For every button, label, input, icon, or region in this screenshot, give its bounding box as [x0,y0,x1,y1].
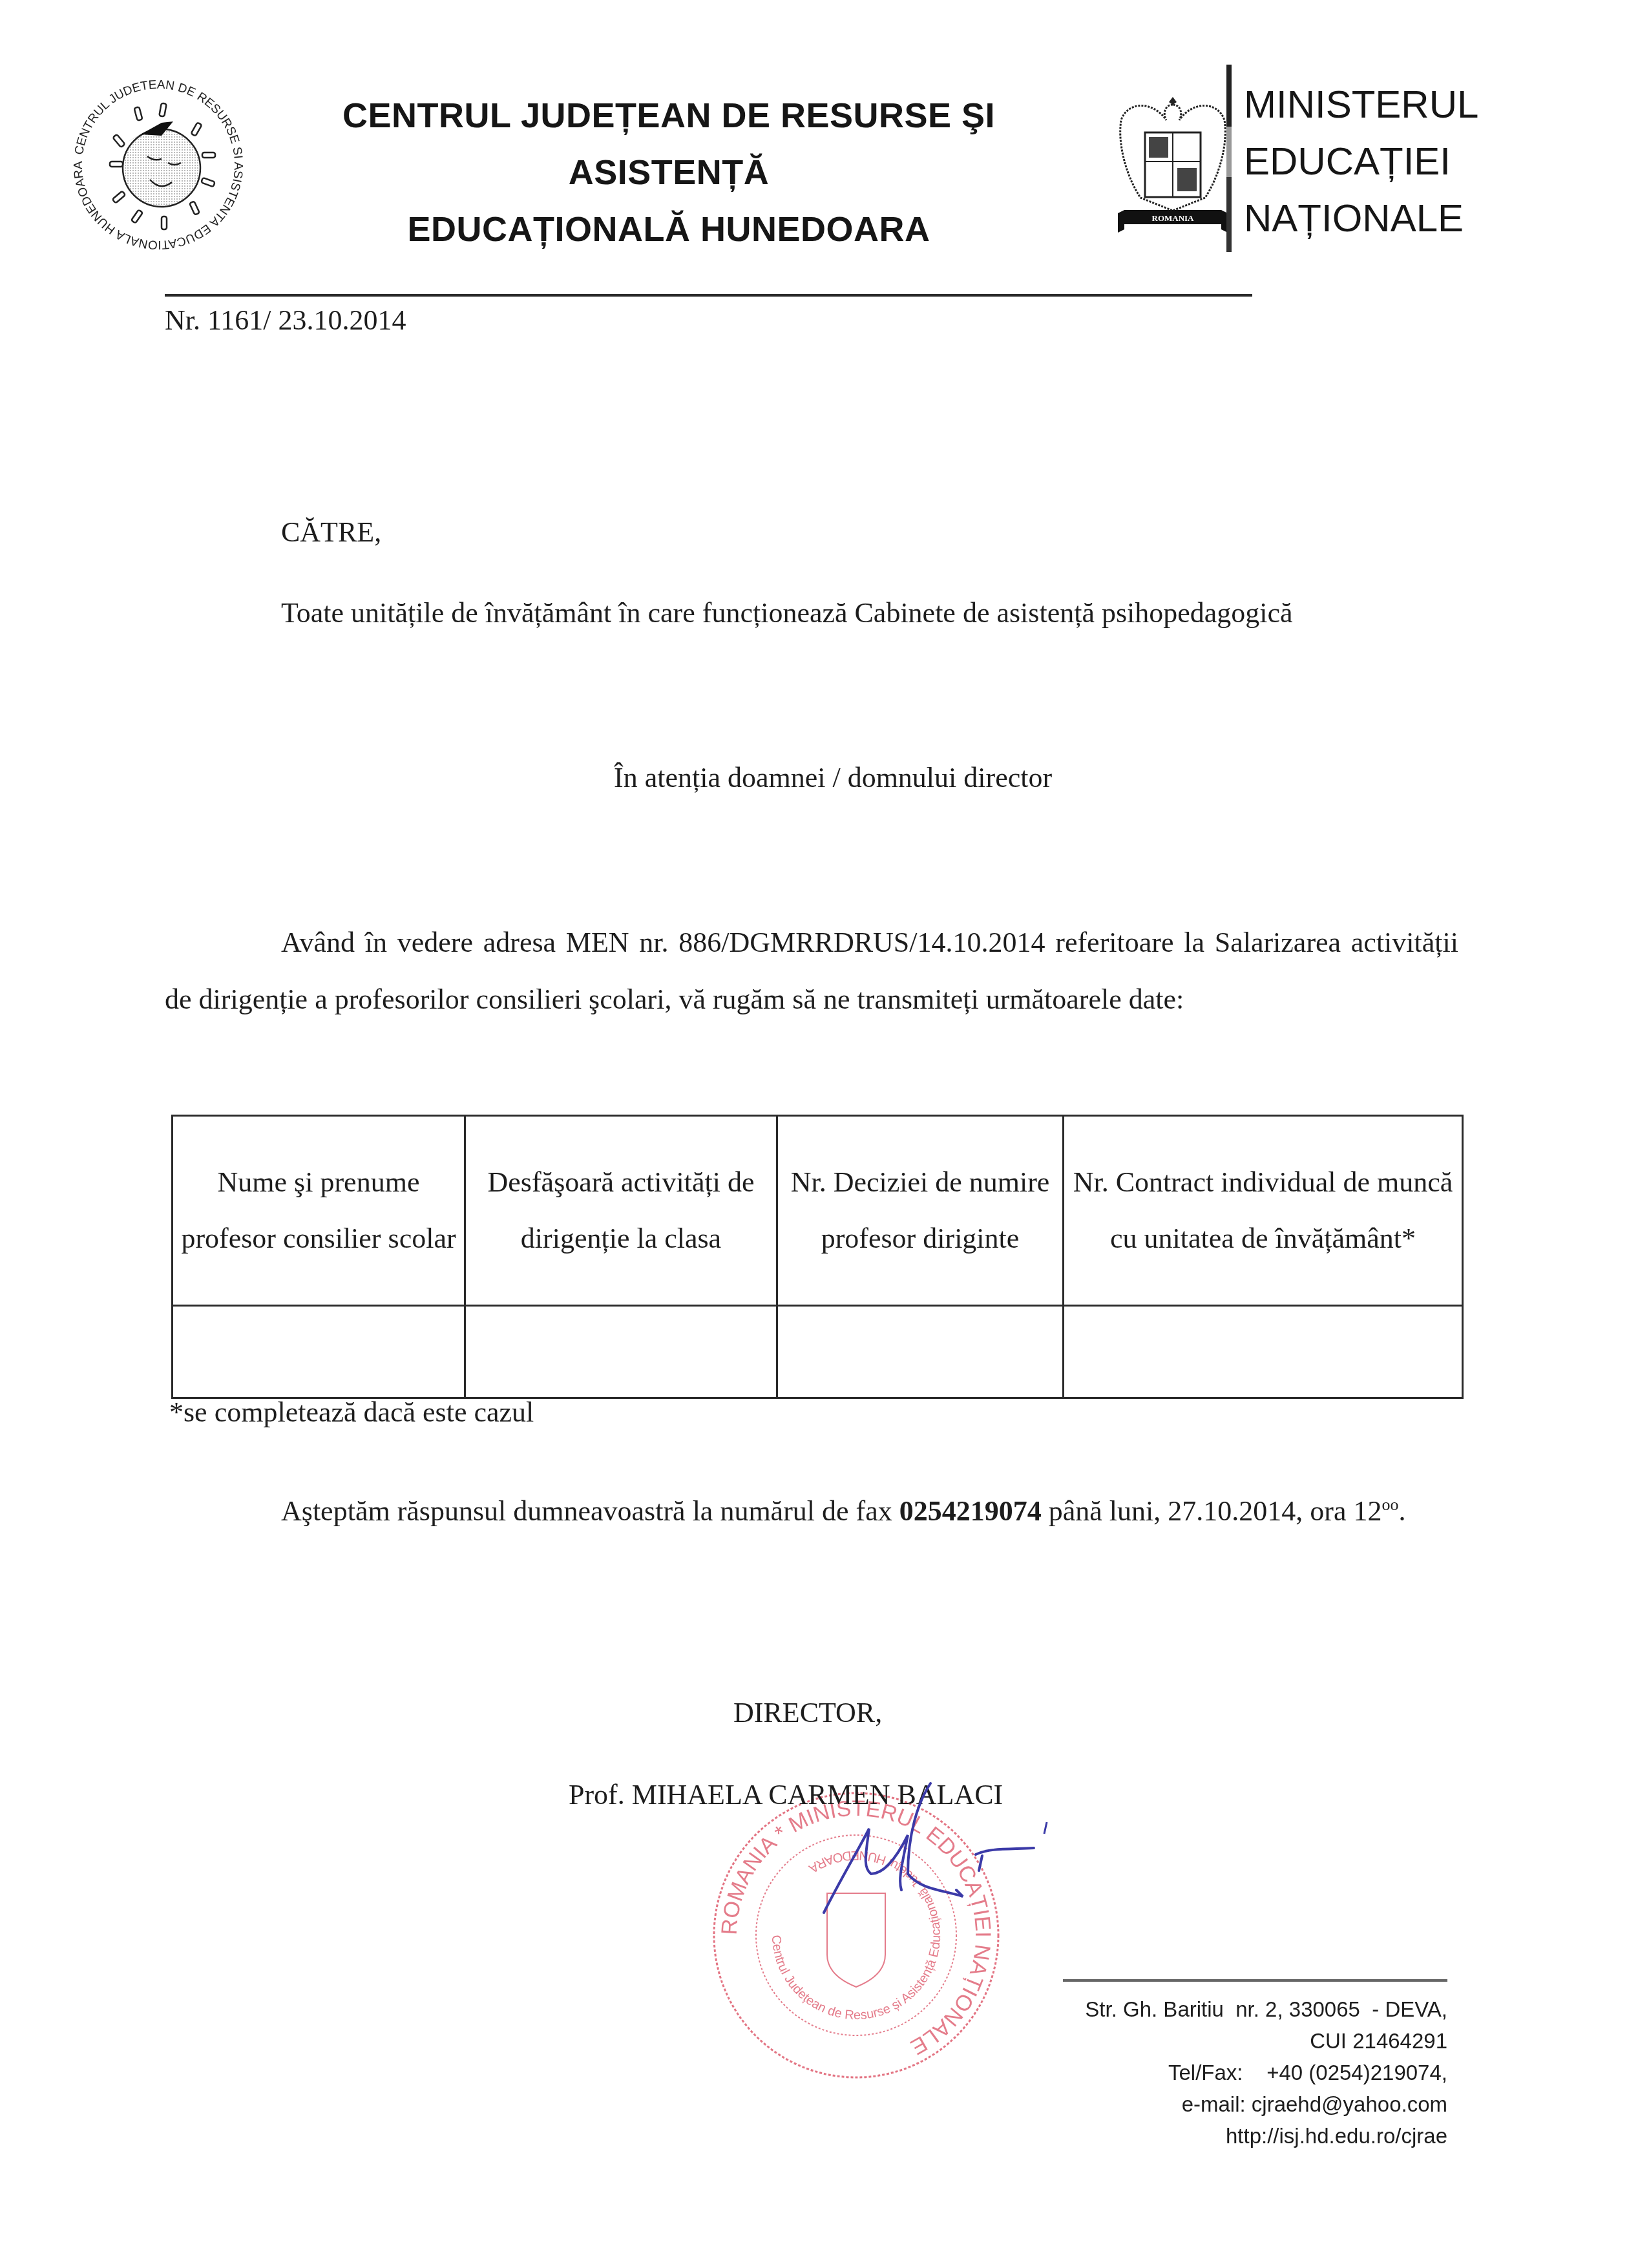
table-cell-class[interactable] [465,1305,777,1398]
table-cell-decision[interactable] [777,1305,1064,1398]
table-cell-name[interactable] [173,1305,465,1398]
ministry-name-line2: EDUCAȚIEI [1244,133,1478,190]
ministry-name-line3: NAȚIONALE [1244,190,1478,247]
data-table: Nume şi prenume profesor consilier scola… [171,1115,1464,1399]
contact-email[interactable]: e-mail: cjraehd@yahoo.com [982,2088,1447,2120]
table-header-class: Desfăşoară activități de dirigenție la c… [465,1116,777,1306]
organization-name-line1: CENTRUL JUDEȚEAN DE RESURSE ŞI ASISTENȚĂ [258,87,1079,201]
ministry-name-line1: MINISTERUL [1244,76,1478,133]
response-paragraph: Aşteptăm răspunsul dumneavoastră la numă… [165,1476,1458,1540]
ministry-name: MINISTERUL EDUCAȚIEI NAȚIONALE [1244,76,1478,247]
ministry-divider [1226,65,1232,252]
contact-block: Str. Gh. Baritiu nr. 2, 330065 - DEVA, C… [982,1993,1447,2152]
fax-number: 0254219074 [899,1495,1042,1527]
table-row [173,1305,1463,1398]
response-text-after: până luni, 27.10.2014, ora 12 [1042,1495,1382,1527]
table-footnote: *se completează dacă este cazul [169,1396,534,1429]
table-header-row: Nume şi prenume profesor consilier scola… [173,1116,1463,1306]
handwritten-signature-icon [795,1777,1053,1964]
attention-line: În atenția doamnei / domnului director [614,750,1052,806]
svg-text:ROMANIA: ROMANIA [1152,213,1195,223]
table-cell-contract[interactable] [1064,1305,1463,1398]
organization-name: CENTRUL JUDEȚEAN DE RESURSE ŞI ASISTENȚĂ… [258,87,1079,258]
contact-address: Str. Gh. Baritiu nr. 2, 330065 - DEVA, [982,1993,1447,2025]
contact-tel-fax: Tel/Fax: +40 (0254)219074, [982,2057,1447,2088]
table-header-decision: Nr. Deciziei de numire profesor dirigint… [777,1116,1064,1306]
table-header-contract: Nr. Contract individual de muncă cu unit… [1064,1116,1463,1306]
contact-website[interactable]: http://isj.hd.edu.ro/cjrae [982,2120,1447,2152]
romania-coat-of-arms-icon: ROMANIA [1111,84,1234,236]
director-title: DIRECTOR, [733,1696,882,1729]
response-text-before: Aşteptăm răspunsul dumneavoastră la numă… [281,1495,899,1527]
contact-cui: CUI 21464291 [982,2025,1447,2057]
header-divider [165,294,1252,297]
response-text-end: . [1398,1495,1405,1527]
request-paragraph-text: Având în vedere adresa MEN nr. 886/DGMRR… [165,927,1458,1015]
addressee-label: CĂTRE, [281,504,381,561]
cjrae-logo-icon: CENTRUL JUDETEAN DE RESURSE SI ASISTENTA… [65,71,252,258]
footer-divider [1063,1979,1447,1982]
organization-name-line2: EDUCAȚIONALĂ HUNEDOARA [258,201,1079,258]
time-superscript: oo [1381,1495,1398,1514]
recipients: Toate unitățile de învățământ în care fu… [281,585,1444,642]
table-header-name: Nume şi prenume profesor consilier scola… [173,1116,465,1306]
request-paragraph: Având în vedere adresa MEN nr. 886/DGMRR… [165,914,1458,1028]
registration-number: Nr. 1161/ 23.10.2014 [165,304,406,337]
